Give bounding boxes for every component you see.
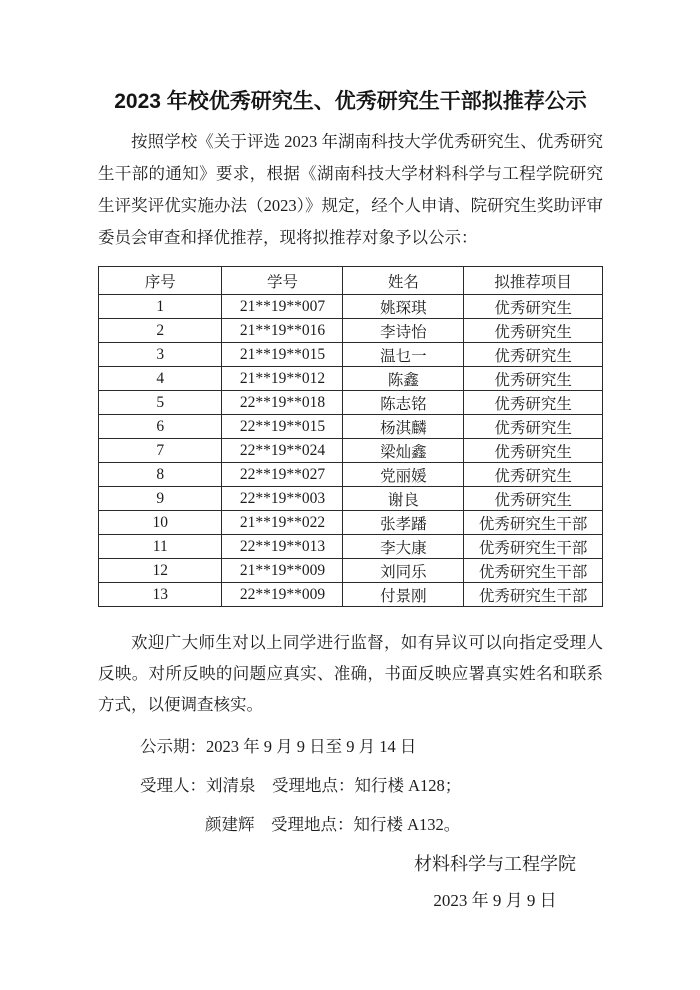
- table-cell: 2: [99, 319, 222, 343]
- table-row: 1021**19**022张孝蹯优秀研究生干部: [99, 511, 603, 535]
- table-cell: 党丽媛: [343, 463, 464, 487]
- table-cell: 优秀研究生干部: [464, 535, 603, 559]
- table-cell: 8: [99, 463, 222, 487]
- table-row: 421**19**012陈鑫优秀研究生: [99, 367, 603, 391]
- table-cell: 6: [99, 415, 222, 439]
- table-cell: 3: [99, 343, 222, 367]
- table-row: 1122**19**013李大康优秀研究生干部: [99, 535, 603, 559]
- document-page: 2023 年校优秀研究生、优秀研究生干部拟推荐公示 按照学校《关于评选 2023…: [0, 0, 700, 990]
- acceptor-line-1: 受理人：刘清泉 受理地点：知行楼 A128；: [140, 774, 603, 798]
- table-cell: 9: [99, 487, 222, 511]
- column-header: 学号: [222, 267, 343, 295]
- table-row: 221**19**016李诗怡优秀研究生: [99, 319, 603, 343]
- table-cell: 5: [99, 391, 222, 415]
- table-cell: 姚琛琪: [343, 295, 464, 319]
- table-cell: 22**19**015: [222, 415, 343, 439]
- table-cell: 优秀研究生: [464, 319, 603, 343]
- table-cell: 优秀研究生: [464, 295, 603, 319]
- table-cell: 21**19**009: [222, 559, 343, 583]
- table-cell: 21**19**012: [222, 367, 343, 391]
- table-cell: 李大康: [343, 535, 464, 559]
- table-row: 522**19**018陈志铭优秀研究生: [99, 391, 603, 415]
- table-cell: 22**19**003: [222, 487, 343, 511]
- table-cell: 优秀研究生: [464, 487, 603, 511]
- table-cell: 1: [99, 295, 222, 319]
- table-header-row: 序号学号姓名拟推荐项目: [99, 267, 603, 295]
- table-cell: 22**19**009: [222, 583, 343, 607]
- table-cell: 10: [99, 511, 222, 535]
- table-cell: 优秀研究生: [464, 367, 603, 391]
- table-cell: 13: [99, 583, 222, 607]
- table-cell: 优秀研究生: [464, 343, 603, 367]
- document-title: 2023 年校优秀研究生、优秀研究生干部拟推荐公示: [98, 88, 603, 116]
- table-cell: 优秀研究生: [464, 439, 603, 463]
- table-cell: 4: [99, 367, 222, 391]
- table-cell: 张孝蹯: [343, 511, 464, 535]
- table-cell: 温乜一: [343, 343, 464, 367]
- intro-paragraph: 按照学校《关于评选 2023 年湖南科技大学优秀研究生、优秀研究生干部的通知》要…: [98, 126, 603, 254]
- table-cell: 优秀研究生: [464, 415, 603, 439]
- supervision-paragraph: 欢迎广大师生对以上同学进行监督，如有异议可以向指定受理人反映。对所反映的问题应真…: [98, 627, 603, 720]
- table-row: 321**19**015温乜一优秀研究生: [99, 343, 603, 367]
- publicity-period-line: 公示期：2023 年 9 月 9 日至 9 月 14 日: [140, 735, 603, 759]
- table-row: 822**19**027党丽媛优秀研究生: [99, 463, 603, 487]
- table-body: 121**19**007姚琛琪优秀研究生221**19**016李诗怡优秀研究生…: [99, 295, 603, 607]
- table-row: 1221**19**009刘同乐优秀研究生干部: [99, 559, 603, 583]
- column-header: 序号: [99, 267, 222, 295]
- table-cell: 优秀研究生干部: [464, 583, 603, 607]
- table-cell: 优秀研究生干部: [464, 559, 603, 583]
- table-row: 622**19**015杨淇麟优秀研究生: [99, 415, 603, 439]
- table-row: 121**19**007姚琛琪优秀研究生: [99, 295, 603, 319]
- table-cell: 李诗怡: [343, 319, 464, 343]
- table-cell: 梁灿鑫: [343, 439, 464, 463]
- table-cell: 7: [99, 439, 222, 463]
- table-cell: 12: [99, 559, 222, 583]
- table-cell: 22**19**018: [222, 391, 343, 415]
- table-cell: 刘同乐: [343, 559, 464, 583]
- table-cell: 21**19**007: [222, 295, 343, 319]
- table-cell: 陈鑫: [343, 367, 464, 391]
- table-cell: 22**19**013: [222, 535, 343, 559]
- table-cell: 杨淇麟: [343, 415, 464, 439]
- table-cell: 21**19**022: [222, 511, 343, 535]
- table-cell: 21**19**015: [222, 343, 343, 367]
- table-cell: 优秀研究生: [464, 463, 603, 487]
- table-cell: 优秀研究生干部: [464, 511, 603, 535]
- table-cell: 陈志铭: [343, 391, 464, 415]
- table-cell: 21**19**016: [222, 319, 343, 343]
- acceptor-line-2: 颜建辉 受理地点：知行楼 A132。: [205, 813, 603, 837]
- table-row: 722**19**024梁灿鑫优秀研究生: [99, 439, 603, 463]
- column-header: 姓名: [343, 267, 464, 295]
- signature-date: 2023 年 9 月 9 日: [383, 889, 607, 913]
- table-cell: 付景刚: [343, 583, 464, 607]
- table-cell: 22**19**027: [222, 463, 343, 487]
- table-cell: 谢良: [343, 487, 464, 511]
- table-row: 1322**19**009付景刚优秀研究生干部: [99, 583, 603, 607]
- table-cell: 11: [99, 535, 222, 559]
- signature-organization: 材料科学与工程学院: [383, 852, 607, 876]
- column-header: 拟推荐项目: [464, 267, 603, 295]
- table-row: 922**19**003谢良优秀研究生: [99, 487, 603, 511]
- table-cell: 22**19**024: [222, 439, 343, 463]
- signature-block: 材料科学与工程学院 2023 年 9 月 9 日: [383, 852, 607, 913]
- table-cell: 优秀研究生: [464, 391, 603, 415]
- recommendation-table: 序号学号姓名拟推荐项目 121**19**007姚琛琪优秀研究生221**19*…: [98, 266, 603, 607]
